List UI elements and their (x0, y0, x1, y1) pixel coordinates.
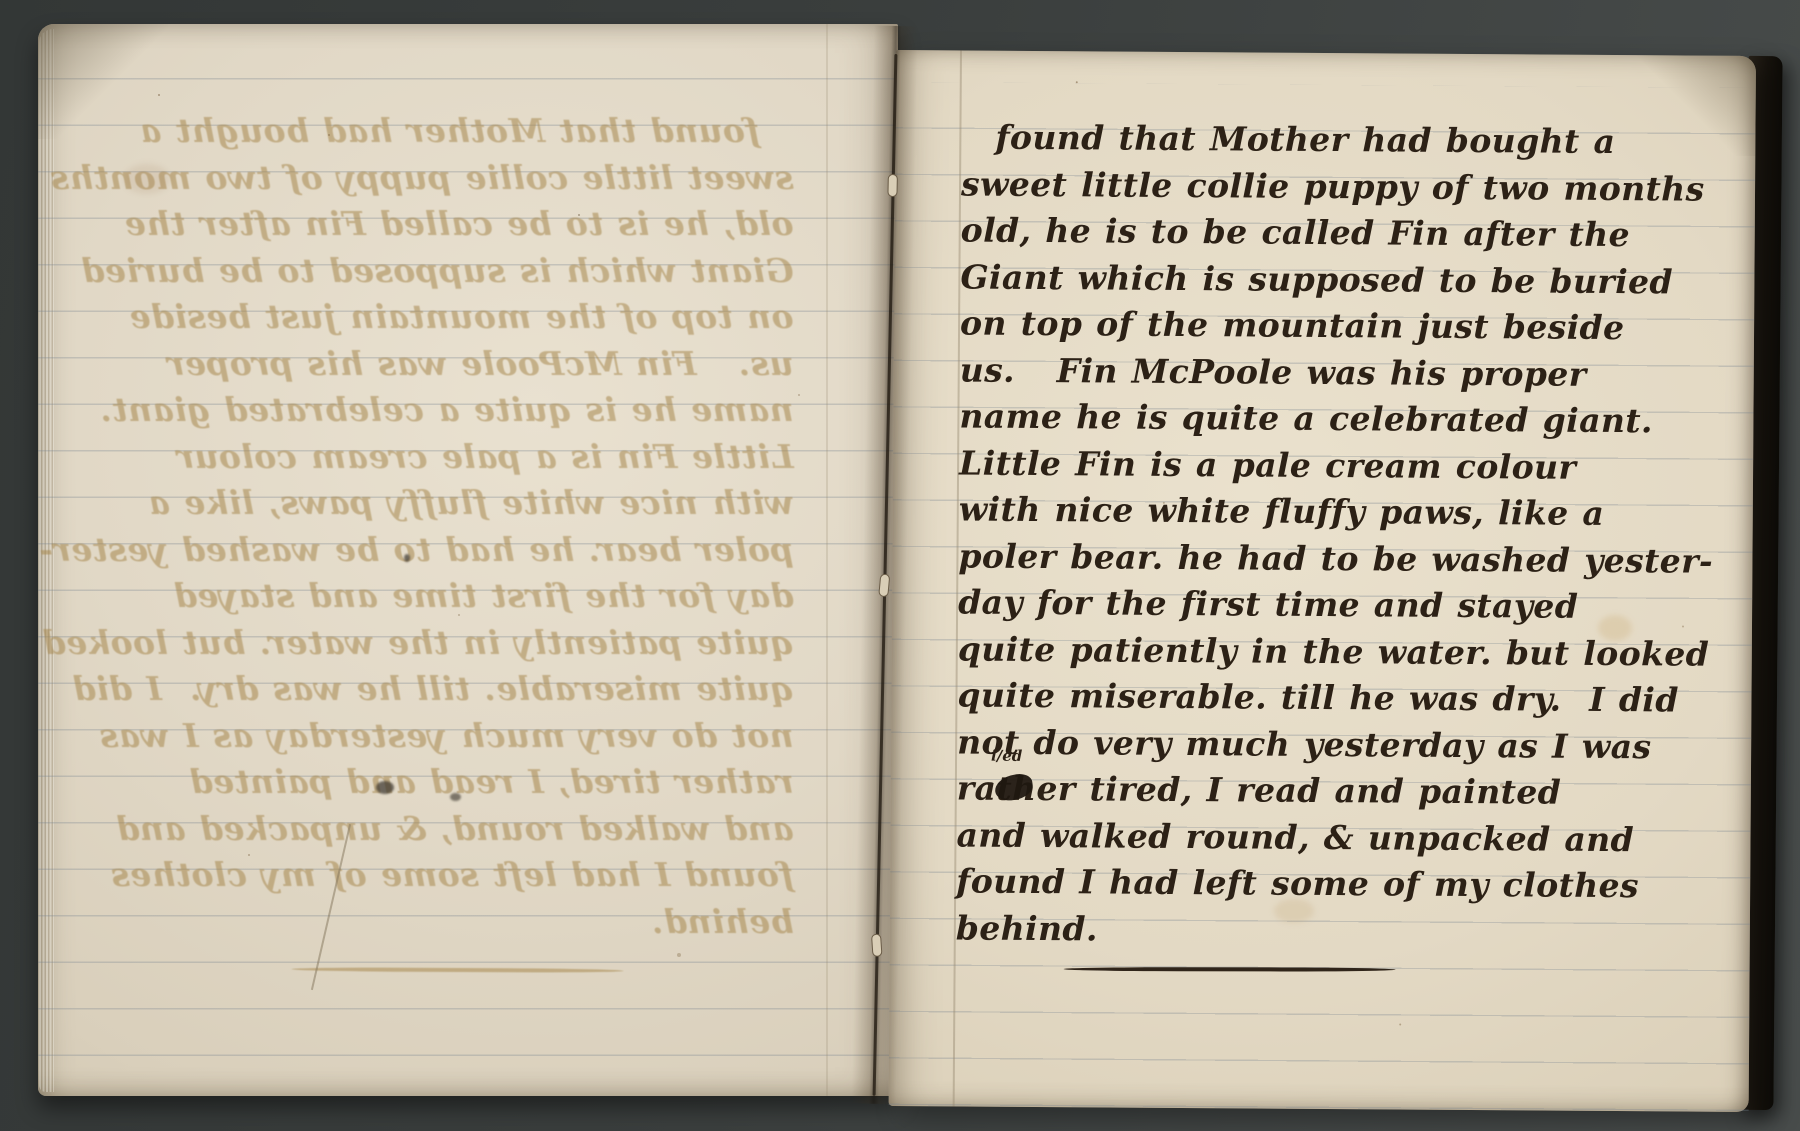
left-page: found that Mother had bought a sweet lit… (38, 24, 898, 1096)
correction-text: i/ed (991, 749, 1022, 764)
handwriting-line: sweet little collie puppy of two months (961, 161, 1716, 213)
bleed-line: Giant which is supposed to be buried (39, 248, 794, 295)
bleed-line: on top of the mountain just beside (39, 294, 794, 341)
handwriting-line: us. Fin McPoole was his proper (960, 347, 1715, 399)
handwriting-line: found that Mother had bought a (961, 114, 1716, 166)
page-corner-curl (38, 24, 168, 139)
bleed-line: behind. (39, 899, 794, 946)
right-page: found that Mother had bought a sweet lit… (889, 50, 1756, 1112)
paper-speckles (1076, 81, 1078, 83)
handwriting-line: on top of the mountain just beside (960, 300, 1715, 352)
bleed-line: old, he is to be called Fin after the (39, 201, 794, 248)
bleed-line: quite miserable. till he was dry. I did (39, 666, 794, 713)
page-corner-curl (1635, 55, 1756, 156)
handwriting-line: with nice white fluffy paws, like a (959, 486, 1714, 538)
paper-stain (1274, 899, 1314, 923)
handwriting-line: name he is quite a celebrated giant. (959, 393, 1714, 445)
paper-stain (1598, 615, 1632, 641)
bleed-line: Little Fin is a pale cream colour (39, 434, 794, 481)
bleed-line: not do very much yesterday as I was (39, 713, 794, 760)
bleed-line: quite patiently in the water. but looked (39, 620, 794, 667)
handwriting-line: poler bear. he had to be washed yester- (958, 533, 1713, 585)
open-notebook: found that Mother had bought a sweet lit… (0, 0, 1800, 1131)
paper-stain (124, 164, 170, 194)
margin-line (826, 24, 828, 1096)
bleed-line: day for the first time and stayed (39, 573, 794, 620)
ink-offset-text: found that Mother had bought a sweet lit… (39, 108, 794, 972)
handwriting-line: old, he is to be called Fin after the (961, 207, 1716, 259)
handwriting-line: Little Fin is a pale cream colour (959, 440, 1714, 492)
bleed-line: us. Fin McPoole was his proper (39, 341, 794, 388)
handwriting-line: found I had left some of my clothes (956, 858, 1711, 910)
handwriting-line: not do very much yesterday as I was (957, 719, 1712, 771)
handwriting-line: Giant which is supposed to be buried (960, 254, 1715, 306)
diary-entry-text: found that Mother had bought a sweet lit… (956, 114, 1717, 974)
bleed-line: rather tired, I read and painted (39, 759, 794, 806)
bleed-line: and walked round, & unpacked and (39, 806, 794, 853)
ink-smudge (376, 781, 394, 794)
end-rule (1064, 967, 1396, 971)
handwriting-line: quite miserable. till he was dry. I did (957, 672, 1712, 724)
bleed-line: poler bear. he had to be washed yester- (39, 527, 794, 574)
bleed-line: name he is quite a celebrated giant. (39, 387, 794, 434)
bleed-line: with nice white fluffy paws, like a (39, 480, 794, 527)
bleed-line: found I had left some of my clothes (39, 852, 794, 899)
handwriting-line: behind. (956, 905, 1711, 957)
ink-smudge (404, 554, 410, 562)
handwriting-line: rather tired, I read and painted (957, 765, 1712, 817)
handwriting-line: and walked round, & unpacked and (956, 812, 1711, 864)
ink-smudge (450, 793, 461, 801)
